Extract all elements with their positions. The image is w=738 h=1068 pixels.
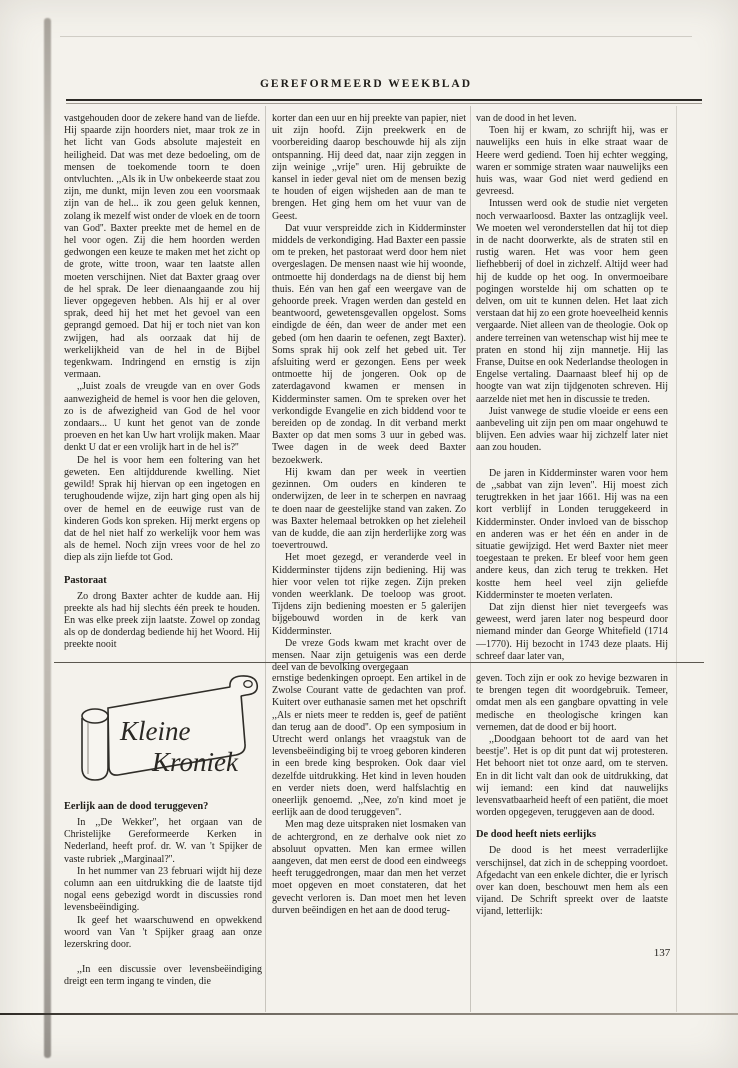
article-paragraph: Men mag deze uitspraken niet losmaken va… xyxy=(272,819,466,917)
article-paragraph: In het nummer van 23 februari wijdt hij … xyxy=(64,866,262,915)
article-paragraph: van de dood in het leven. xyxy=(476,113,668,125)
header-rule-echo xyxy=(66,103,702,104)
article-paragraph: Dat zijn dienst hier niet tevergeefs was… xyxy=(476,602,668,663)
banner-word-kroniek: Kroniek xyxy=(151,747,239,777)
scan-spine-shadow xyxy=(44,18,51,1058)
kroniek-column-3: geven. Toch zijn er ook zo hevige bezwar… xyxy=(476,673,668,919)
article-paragraph: De hel is voor hem een foltering van het… xyxy=(64,455,260,565)
article-paragraph: ,,Juist zoals de vreugde van en over God… xyxy=(64,381,260,454)
kroniek-column-2: ernstige bedenkingen oproept. Een artike… xyxy=(272,673,466,917)
article-paragraph: korter dan een uur en hij preekte van pa… xyxy=(272,113,466,223)
top-faint-rule xyxy=(60,36,692,37)
masthead-title: GEREFORMEERD WEEKBLAD xyxy=(64,78,668,90)
article-paragraph: Hij kwam dan per week in veertien gezinn… xyxy=(272,467,466,552)
article-paragraph: geven. Toch zijn er ook zo hevige bezwar… xyxy=(476,673,668,734)
article-paragraph: De dood is het meest verraderlijke versc… xyxy=(476,845,668,918)
kleine-kroniek-banner: Kleine Kroniek xyxy=(64,674,264,792)
article-paragraph: De vreze Gods kwam met kracht over de me… xyxy=(272,638,466,675)
article-paragraph: ,,In een discussie over levensbeëindigin… xyxy=(64,964,262,988)
article-paragraph: Zo drong Baxter achter de kudde aan. Hij… xyxy=(64,591,260,652)
scanned-magazine-page: GEREFORMEERD WEEKBLAD vastgehouden door … xyxy=(0,0,738,1068)
article-column-1: vastgehouden door de zekere hand van de … xyxy=(64,113,260,652)
article-paragraph: Dat vuur verspreidde zich in Kidderminst… xyxy=(272,223,466,467)
header-rule xyxy=(66,99,702,101)
article-paragraph: ernstige bedenkingen oproept. Een artike… xyxy=(272,673,466,819)
page-number: 137 xyxy=(642,947,682,959)
section-heading: Pastoraat xyxy=(64,574,260,587)
article-column-3: van de dood in het leven.Toen hij er kwa… xyxy=(476,113,668,663)
article-paragraph: vastgehouden door de zekere hand van de … xyxy=(64,113,260,381)
column-separator xyxy=(265,106,266,1012)
article-paragraph: Ik geef het waarschuwend en opwekkend wo… xyxy=(64,915,262,952)
article-paragraph: In ,,De Wekker'', het orgaan van de Chri… xyxy=(64,817,262,866)
bottom-scan-edge-rule xyxy=(0,1013,738,1015)
banner-word-kleine: Kleine xyxy=(119,716,190,746)
article-paragraph: ,,Doodgaan behoort tot de aard van het b… xyxy=(476,734,668,819)
article-column-2: korter dan een uur en hij preekte van pa… xyxy=(272,113,466,674)
section-divider-rule xyxy=(54,662,704,663)
column-separator xyxy=(676,106,677,1012)
paragraph-gap xyxy=(64,951,262,964)
section-heading: De dood heeft niets eerlijks xyxy=(476,828,668,841)
paragraph-gap xyxy=(476,455,668,468)
kroniek-column-1: Kleine Kroniek Eerlijk aan de dood terug… xyxy=(64,672,262,989)
kroniek-col1-text: Eerlijk aan de dood teruggeven?In ,,De W… xyxy=(64,800,262,989)
section-heading: Eerlijk aan de dood teruggeven? xyxy=(64,800,262,813)
column-separator xyxy=(470,106,471,1012)
article-paragraph: De jaren in Kidderminster waren voor hem… xyxy=(476,468,668,602)
article-paragraph: Juist vanwege de studie vloeide er eens … xyxy=(476,406,668,455)
scroll-banner-graphic: Kleine Kroniek xyxy=(64,674,264,792)
article-paragraph: Intussen werd ook de studie niet vergete… xyxy=(476,198,668,405)
article-paragraph: Toen hij er kwam, zo schrijft hij, was e… xyxy=(476,125,668,198)
article-paragraph: Het moet gezegd, er veranderde veel in K… xyxy=(272,552,466,637)
